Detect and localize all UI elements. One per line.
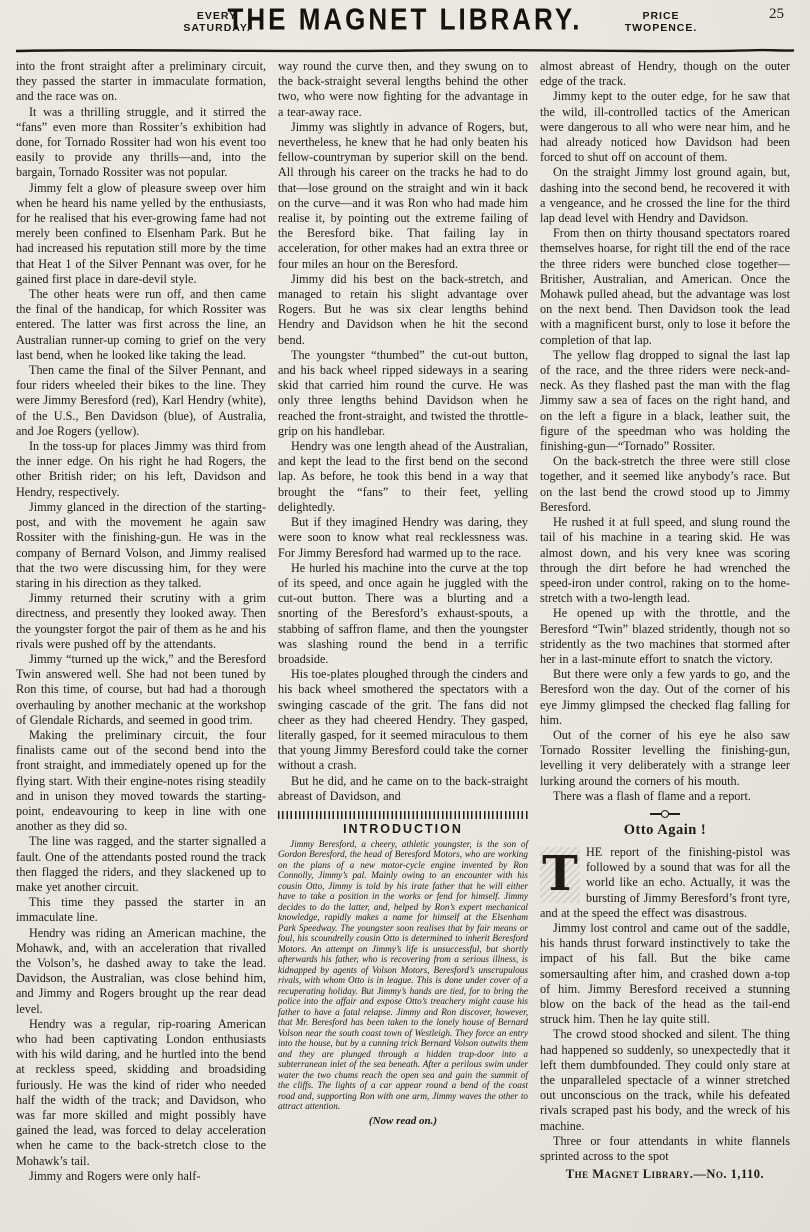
story-paragraph: From then on thirty thousand spectators … <box>540 226 790 348</box>
story-paragraph: Jimmy returned their scrutiny with a gri… <box>16 591 266 652</box>
story-paragraph: The other heats were run off, and then c… <box>16 287 266 363</box>
story-paragraph: into the front straight after a prelimin… <box>16 59 266 105</box>
story-paragraph: Three or four attendants in white flanne… <box>540 1134 790 1164</box>
drop-cap: T <box>540 847 580 903</box>
page-number: 25 <box>769 6 784 23</box>
story-paragraph: The youngster “thumbed” the cut-out butt… <box>278 348 528 439</box>
issue-footer: The Magnet Library.—No. 1,110. <box>540 1167 790 1182</box>
story-paragraph: Then came the final of the Silver Pennan… <box>16 363 266 439</box>
story-paragraph: Jimmy felt a glow of pleasure sweep over… <box>16 181 266 287</box>
chapter-heading: Otto Again ! <box>540 822 790 839</box>
price-line-2: TWOPENCE. <box>606 22 716 34</box>
story-paragraph: But there were only a few yards to go, a… <box>540 667 790 728</box>
story-paragraph: In the toss-up for places Jimmy was thir… <box>16 439 266 500</box>
header-rule <box>16 46 794 55</box>
section-ornament <box>650 813 680 815</box>
story-paragraph: On the straight Jimmy lost ground again,… <box>540 165 790 226</box>
story-paragraph: He opened up with the throttle, and the … <box>540 606 790 667</box>
story-paragraph: He hurled his machine into the curve at … <box>278 561 528 667</box>
publication-title: THE MAGNET LIBRARY. <box>227 1 582 38</box>
story-paragraph: Jimmy “turned up the wick,” and the Bere… <box>16 652 266 728</box>
story-body: into the front straight after a prelimin… <box>0 55 810 1232</box>
publication-price: PRICE TWOPENCE. <box>606 10 716 34</box>
intro-divider <box>278 811 528 819</box>
story-paragraph: He rushed it at full speed, and slung ro… <box>540 515 790 606</box>
story-paragraph: Jimmy lost control and came out of the s… <box>540 921 790 1027</box>
story-paragraph: way round the curve then, and they swung… <box>278 59 528 120</box>
story-paragraph: There was a flash of flame and a report. <box>540 789 790 804</box>
story-paragraph: But he did, and he came on to the back-s… <box>278 774 528 804</box>
story-paragraph: almost abreast of Hendry, though on the … <box>540 59 790 89</box>
intro-synopsis: Jimmy Beresford, a cheery, athletic youn… <box>278 839 528 1112</box>
story-paragraph: On the back-stretch the three were still… <box>540 454 790 515</box>
story-paragraph: T HE report of the finishing-pistol was … <box>540 845 790 921</box>
story-paragraph: His toe-plates ploughed through the cind… <box>278 667 528 773</box>
column-1: into the front straight after a prelimin… <box>16 59 266 1232</box>
story-paragraph: This time they passed the starter in an … <box>16 895 266 925</box>
price-line-1: PRICE <box>606 10 716 22</box>
read-on-note: (Now read on.) <box>278 1115 528 1127</box>
intro-heading: INTRODUCTION <box>278 822 528 836</box>
story-paragraph: Out of the corner of his eye he also saw… <box>540 728 790 789</box>
story-paragraph: The crowd stood shocked and silent. The … <box>540 1027 790 1133</box>
magazine-page: EVERY SATURDAY. THE MAGNET LIBRARY. PRIC… <box>0 0 810 1232</box>
story-paragraph: It was a thrilling struggle, and it stir… <box>16 105 266 181</box>
masthead: EVERY SATURDAY. THE MAGNET LIBRARY. PRIC… <box>0 0 810 46</box>
story-paragraph: Hendry was a regular, rip-roaring Americ… <box>16 1017 266 1169</box>
story-paragraph: Jimmy glanced in the direction of the st… <box>16 500 266 591</box>
story-paragraph: Making the preliminary circuit, the four… <box>16 728 266 834</box>
story-paragraph: Hendry was one length ahead of the Austr… <box>278 439 528 515</box>
story-paragraph: Hendry was riding an American machine, t… <box>16 926 266 1017</box>
story-paragraph: Jimmy was slightly in advance of Rogers,… <box>278 120 528 272</box>
story-paragraph: Jimmy kept to the outer edge, for he saw… <box>540 89 790 165</box>
column-2: way round the curve then, and they swung… <box>278 59 528 1232</box>
story-paragraph: Jimmy and Rogers were only half- <box>16 1169 266 1184</box>
story-paragraph: Jimmy did his best on the back-stretch, … <box>278 272 528 348</box>
column-3: almost abreast of Hendry, though on the … <box>540 59 790 1232</box>
story-paragraph: The line was ragged, and the starter sig… <box>16 834 266 895</box>
story-paragraph: But if they imagined Hendry was daring, … <box>278 515 528 561</box>
story-paragraph: The yellow flag dropped to signal the la… <box>540 348 790 454</box>
